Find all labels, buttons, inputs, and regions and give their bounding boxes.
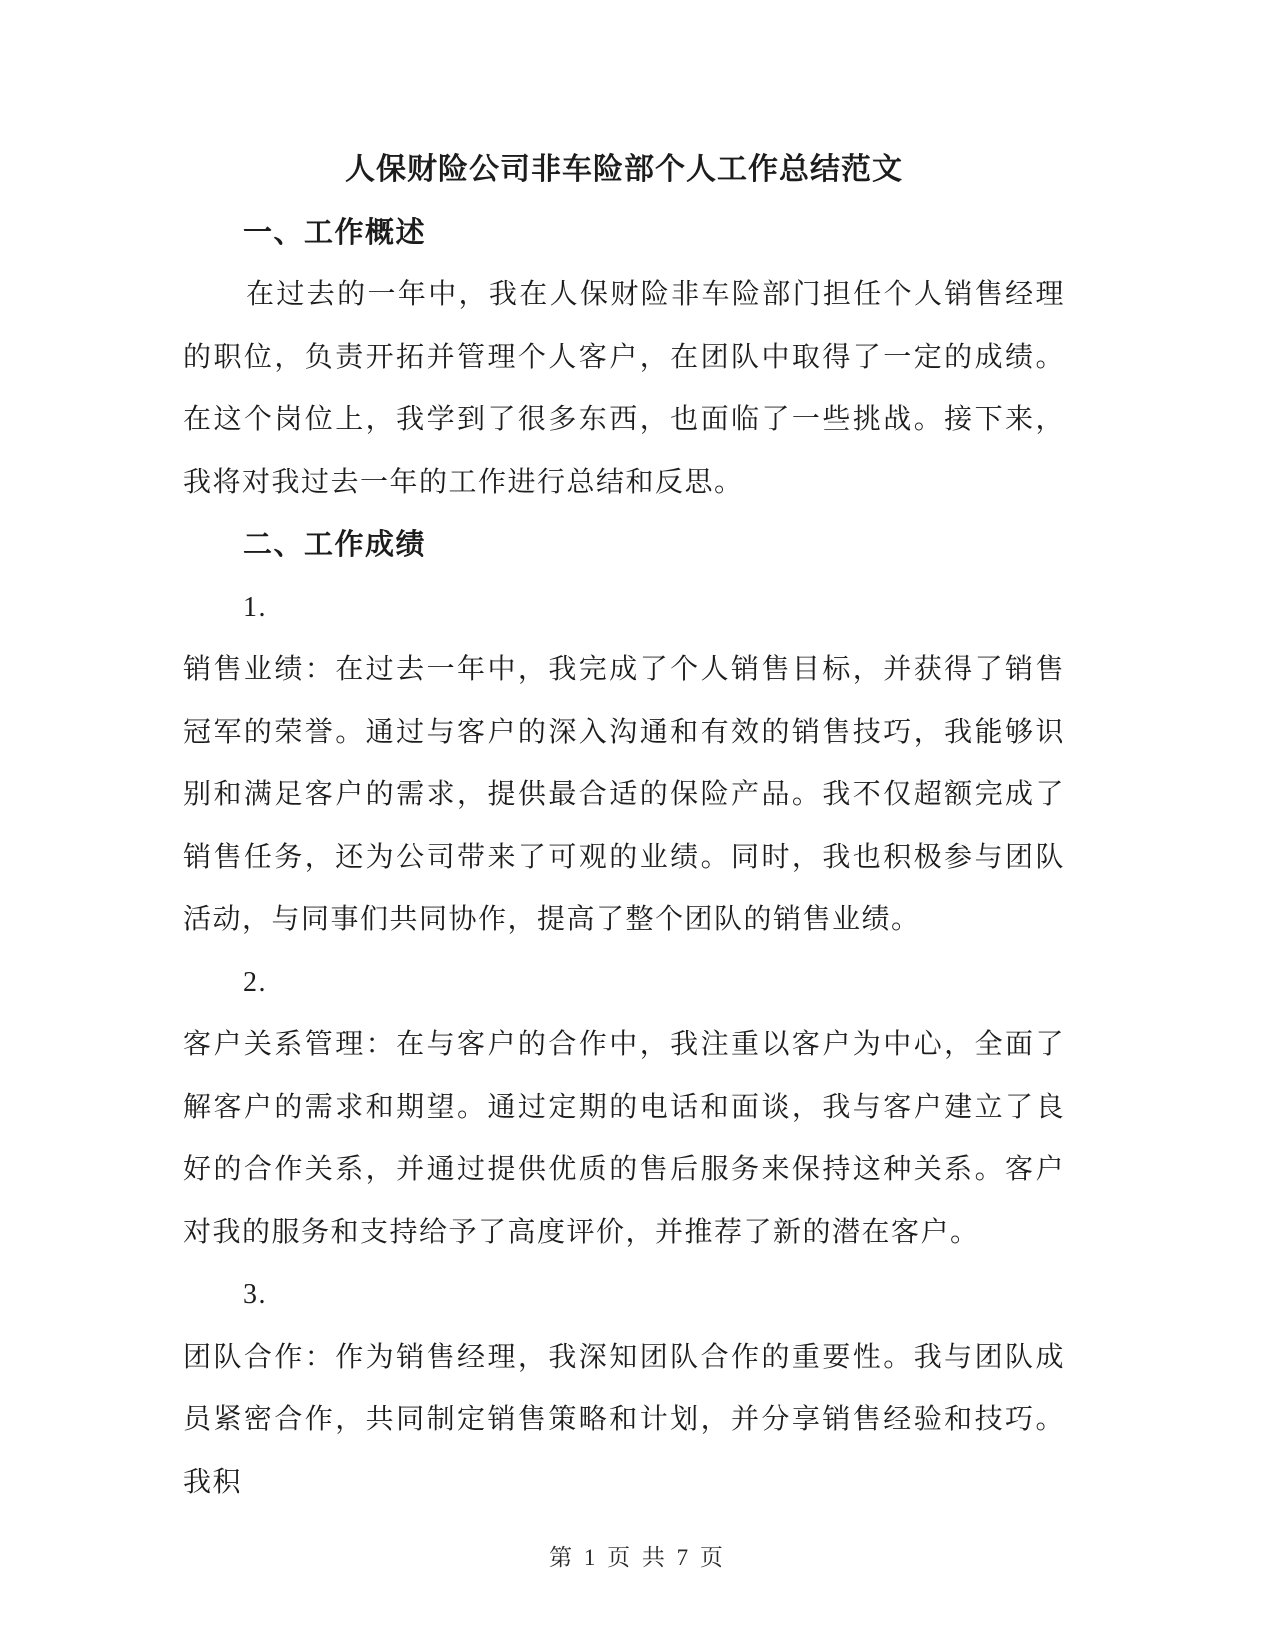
document-page: 人保财险公司非车险部个人工作总结范文一、工作概述在过去的一年中，我在人保财险非车…: [0, 0, 1275, 1650]
list-item-number: 1.: [183, 577, 1065, 640]
list-item-number: 2.: [183, 952, 1065, 1015]
section-heading: 二、工作成绩: [183, 514, 1065, 577]
list-item-number: 3.: [183, 1264, 1065, 1327]
paragraph: 团队合作：作为销售经理，我深知团队合作的重要性。我与团队成员紧密合作，共同制定销…: [183, 1327, 1065, 1515]
paragraph: 在过去的一年中，我在人保财险非车险部门担任个人销售经理的职位，负责开拓并管理个人…: [183, 264, 1065, 514]
paragraph: 客户关系管理：在与客户的合作中，我注重以客户为中心，全面了解客户的需求和期望。通…: [183, 1014, 1065, 1264]
paragraph: 销售业绩：在过去一年中，我完成了个人销售目标，并获得了销售冠军的荣誉。通过与客户…: [183, 639, 1065, 952]
section-heading: 一、工作概述: [183, 202, 1065, 265]
document-body: 人保财险公司非车险部个人工作总结范文一、工作概述在过去的一年中，我在人保财险非车…: [183, 139, 1065, 1514]
doc-title: 人保财险公司非车险部个人工作总结范文: [183, 139, 1065, 202]
page-number-footer: 第 1 页 共 7 页: [0, 1539, 1275, 1572]
